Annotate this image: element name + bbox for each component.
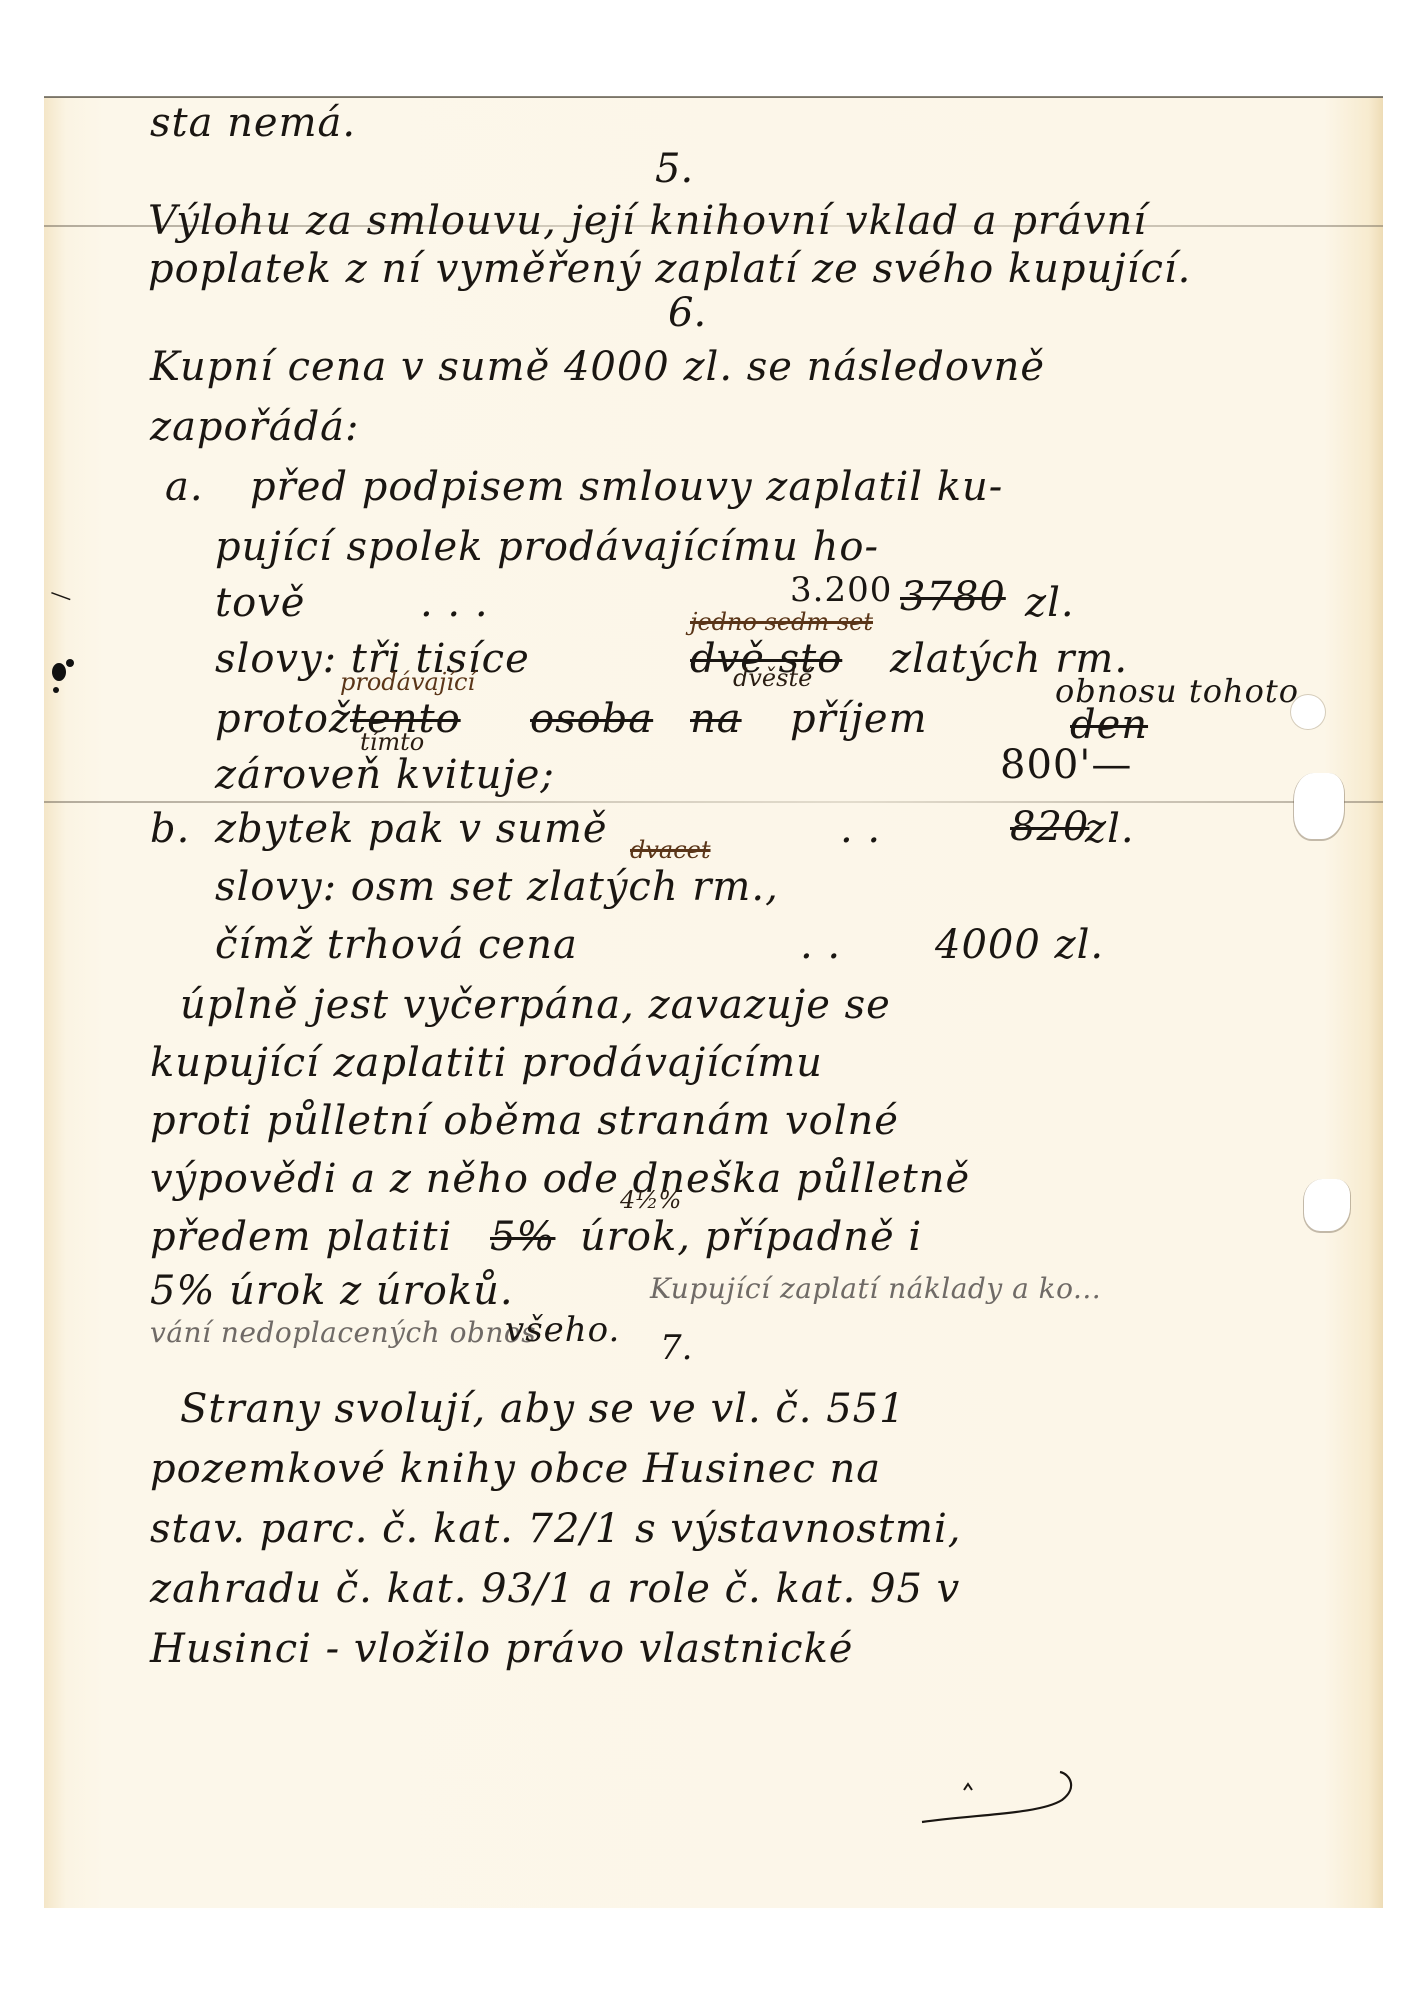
amount-total: 4000 zl. <box>935 922 1104 968</box>
text-line: kupující zaplatiti prodávajícímu <box>150 1040 823 1086</box>
pencil-annotation: Kupující zaplatí náklady a ko... <box>650 1272 1101 1305</box>
text-line: sta nemá. <box>150 100 356 146</box>
text-line: pozemkové knihy obce Husinec na <box>150 1446 881 1492</box>
section-heading-7: 7. <box>660 1328 692 1368</box>
text-line: 5% úrok z úroků. <box>150 1268 514 1314</box>
pencil-annotation: vání nedoplacených obnos <box>150 1316 536 1349</box>
text-line: tově <box>215 580 305 626</box>
text-line: zahradu č. kat. 93/1 a role č. kat. 95 v <box>150 1566 960 1612</box>
margin-mark: — <box>46 580 75 611</box>
leader-dots: . . <box>800 922 841 968</box>
amount-struck: 820 <box>1010 804 1089 850</box>
text-line: čímž trhová cena <box>215 922 578 968</box>
amount-corrected: 3.200 <box>790 570 892 610</box>
inserted-text-struck: jedno sedm set <box>690 608 873 636</box>
text-line: slovy: osm set zlatých rm., <box>215 864 779 910</box>
text-line: zároveň kvituje; <box>215 752 555 798</box>
ink-blot <box>53 687 59 693</box>
text-line: zapořádá: <box>150 404 360 450</box>
text-line: pující spolek prodávajícímu ho- <box>215 524 879 570</box>
item-label-a: a. <box>165 464 204 510</box>
text-line: zbytek pak v sumě <box>215 806 608 852</box>
struck-text: 5% <box>490 1214 555 1260</box>
text-line: protož <box>215 696 351 742</box>
text-line: Výlohu za smlouvu, její knihovní vklad a… <box>148 198 1147 244</box>
inserted-text: prodávající <box>340 668 475 696</box>
struck-text: na <box>690 696 742 742</box>
paper-tear <box>1304 1179 1350 1231</box>
text-line: proti půlletní oběma stranám volné <box>150 1098 899 1144</box>
item-label-b: b. <box>150 806 190 852</box>
leader-dots: . . . <box>420 580 489 626</box>
text-line: před podpisem smlouvy zaplatil ku- <box>250 464 1003 510</box>
text-line: úplně jest vyčerpána, zavazuje se <box>180 982 891 1028</box>
inserted-text-struck: dvacet <box>630 836 711 864</box>
text-line: předem platiti <box>150 1214 452 1260</box>
inserted-text: 4½% <box>620 1186 681 1214</box>
currency-unit: zl. <box>1025 580 1075 626</box>
amount-struck: 3780 <box>900 574 1006 620</box>
text-line: Husinci - vložilo právo vlastnické <box>150 1626 853 1672</box>
currency-unit: zl. <box>1085 806 1135 852</box>
text-line: stav. parc. č. kat. 72/1 s výstavnostmi, <box>150 1506 961 1552</box>
inserted-text: dvěstě <box>733 664 812 692</box>
pen-flourish <box>920 1770 1100 1850</box>
text-line: všeho. <box>505 1310 620 1350</box>
fold-crease-middle <box>44 801 1383 803</box>
paper-tear <box>1294 773 1344 839</box>
leader-dots: . . <box>840 806 881 852</box>
struck-text: osoba <box>530 696 653 742</box>
text-line: příjem <box>790 696 928 742</box>
text-line: Strany svolují, aby se ve vl. č. 551 <box>180 1386 906 1432</box>
text-line: Kupní cena v sumě 4000 zl. se následovně <box>150 344 1045 390</box>
scanned-page: — sta nemá. 5. Výlohu za smlouvu, její k… <box>0 0 1414 2000</box>
amount: 800'— <box>1000 742 1132 788</box>
text-line: úrok, případně i <box>580 1214 922 1260</box>
section-heading-5: 5. <box>655 146 693 192</box>
section-heading-6: 6. <box>668 290 706 336</box>
text-line: výpovědi a z něho ode dneška půlletně <box>150 1156 970 1202</box>
text-line: poplatek z ní vyměřený zaplatí ze svého … <box>148 246 1191 292</box>
ink-blot <box>52 663 66 681</box>
ink-blot <box>66 659 74 667</box>
